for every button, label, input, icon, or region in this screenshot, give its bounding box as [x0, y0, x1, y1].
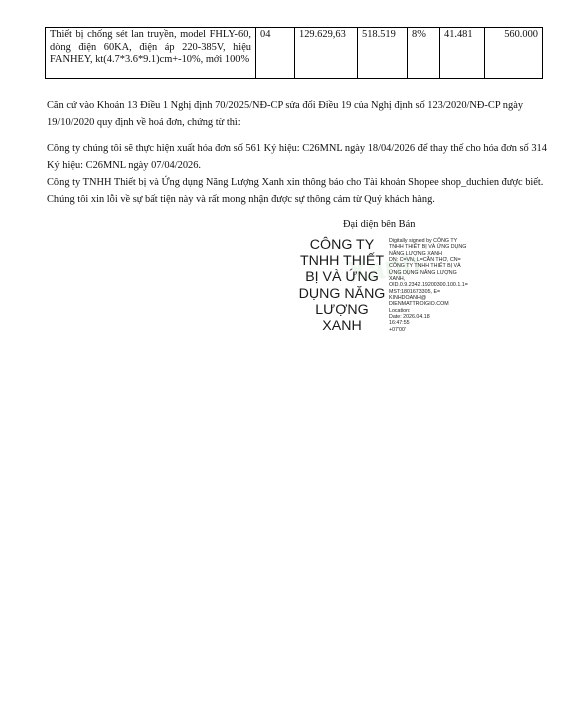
- signature-detail-line: +07'00': [389, 327, 514, 333]
- replacement-notice-paragraph: Công ty chúng tôi sẽ thực hiện xuất hóa …: [47, 140, 547, 174]
- item-amount: 518.519: [358, 28, 408, 79]
- apology-paragraph: Công ty TNHH Thiết bị và Ứng dụng Năng L…: [47, 174, 547, 208]
- item-vat-amount: 41.481: [440, 28, 485, 79]
- invoice-items-table: Thiết bị chống sét lan truyền, model FHL…: [45, 27, 543, 79]
- item-vat-rate: 8%: [408, 28, 440, 79]
- seller-representative-title: Đại diện bên Bán: [343, 219, 415, 230]
- item-description: Thiết bị chống sét lan truyền, model FHL…: [46, 28, 256, 79]
- item-unit-price: 129.629,63: [295, 28, 358, 79]
- signature-company-name: CÔNG TY TNHH THIẾT BỊ VÀ ỨNG DỤNG NĂNG L…: [296, 237, 388, 334]
- table-row: Thiết bị chống sét lan truyền, model FHL…: [46, 28, 543, 79]
- item-quantity: 04: [256, 28, 295, 79]
- legal-basis-paragraph: Căn cứ vào Khoản 13 Điều 1 Nghị định 70/…: [47, 97, 547, 131]
- digital-signature-details: Digitally signed by CÔNG TYTNHH THIẾT BỊ…: [389, 238, 514, 333]
- item-total: 560.000: [485, 28, 543, 79]
